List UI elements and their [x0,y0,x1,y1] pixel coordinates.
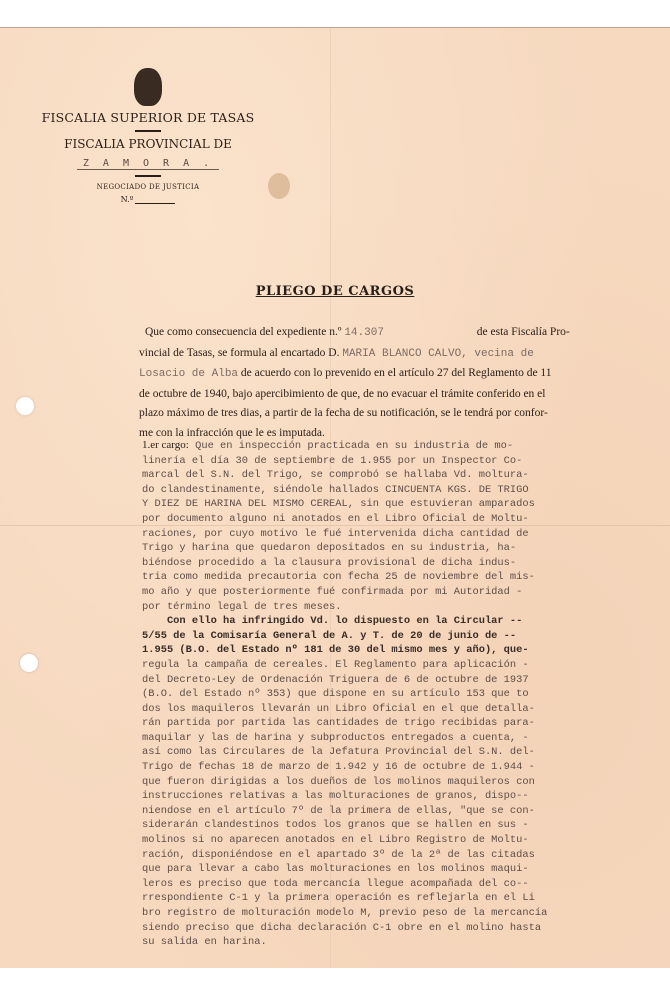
charge-line: Trigo y harina que quedaron depositados … [142,541,662,556]
intro-text: de acuerdo con lo prevenido en el artícu… [238,367,551,379]
encartado-name: MARIA BLANCO CALVO, vecina de [342,348,533,360]
charge-line: por documento alguno ni anotados en el L… [142,512,662,527]
charge-line: molinos si no aparecen anotados en el Li… [142,833,662,848]
charge-line: bro registro de molturación modelo M, pr… [142,906,662,921]
charge-line: que para llevar a cabo las molturaciones… [142,862,662,877]
expediente-number: 14.307 [344,327,384,339]
letterhead: FISCALIA SUPERIOR DE TASAS FISCALIA PROV… [38,68,258,204]
charge-line: do clandestinamente, siéndole hallados C… [142,483,662,498]
punch-hole [16,397,34,415]
charge-line: del Decreto-Ley de Ordenación Triguera d… [142,673,662,688]
charge-line: dos los maquileros llevarán un Libro Ofi… [142,702,662,717]
charge-line: 1.955 (B.O. del Estado nº 181 de 30 del … [142,643,662,658]
charge-line: que fueron dirigidas a los dueños de los… [142,775,662,790]
document-page: FISCALIA SUPERIOR DE TASAS FISCALIA PROV… [0,27,670,968]
charge-line: siderarán clandestinos todos los granos … [142,818,662,833]
letterhead-rule [135,130,161,132]
charge-line: así como las Circulares de la Jefatura P… [142,745,662,760]
charge-body: 1.er cargo: Que en inspección practicada… [142,438,662,950]
charge-line: raciones, por cuyo motivo le fué interve… [142,527,662,542]
intro-line: Que como consecuencia del expediente n.º… [145,323,635,344]
charge-line: leros es preciso que toda mercancía lleg… [142,877,662,892]
charge-line: marcal del S.N. del Trigo, se comprobó s… [142,468,662,483]
charge-line: Con ello ha infringido Vd. lo dispuesto … [142,614,662,629]
charge-line: linería el día 30 de septiembre de 1.955… [142,454,662,469]
intro-line: vincial de Tasas, se formula al encartad… [139,344,635,365]
document-title: PLIEGO DE CARGOS [0,284,670,299]
intro-paragraph: Que como consecuencia del expediente n.º… [145,323,635,443]
charge-line: rán partida por partida las cantidades d… [142,716,662,731]
charge-line: mo año y que posteriormente fué confirma… [142,585,662,600]
intro-text: vincial de Tasas, se formula al encartad… [139,347,342,359]
charge-line: rrespondiente C-1 y la primera operación… [142,891,662,906]
intro-line: plazo máximo de tres dias, a partir de l… [139,404,635,424]
letterhead-department: NEGOCIADO DE JUSTICIA [38,183,258,191]
charge-line: niendose en el artículo 7º de la primera… [142,804,662,819]
charge-line: ración, disponiéndose en el apartado 3º … [142,848,662,863]
coat-of-arms-icon [134,68,162,106]
letterhead-rule [135,175,161,177]
charge-line: Y DIEZ DE HARINA DEL MISMO CEREAL, sin q… [142,497,662,512]
letterhead-province: Z A M O R A . [77,158,219,170]
intro-line: de octubre de 1940, bajo apercibimiento … [139,385,635,405]
paper-stain [268,173,290,199]
intro-text: Que como consecuencia del expediente n.º [145,326,344,338]
charge-line: su salida en harina. [142,935,662,950]
title-text: PLIEGO DE CARGOS [256,284,415,299]
intro-line: Losacio de Alba de acuerdo con lo preven… [139,364,635,385]
charge-text: Que en inspección practicada en su indus… [195,440,513,452]
letterhead-number: N.º [38,195,258,204]
number-blank [135,203,175,204]
punch-hole [20,654,38,672]
charge-line: instrucciones relativas a las molturacio… [142,789,662,804]
charge-line: tria como medida precautoria con fecha 2… [142,570,662,585]
charge-line: 5/55 de la Comisaría General de A. y T. … [142,629,662,644]
localidad: Losacio de Alba [139,368,238,380]
charge-line: Trigo de fechas 18 de marzo de 1.942 y 1… [142,760,662,775]
charge-line: (B.O. del Estado nº 353) que dispone en … [142,687,662,702]
charge-line: siendo preciso que dicha declaración C-1… [142,921,662,936]
charge-line: biéndose procedido a la clausura provisi… [142,556,662,571]
intro-text: de esta Fiscalía Pro- [474,326,570,338]
charge-line: por término legal de tres meses. [142,600,662,615]
charge-line: 1.er cargo: Que en inspección practicada… [142,438,662,454]
charge-line: regula la campaña de cereales. El Reglam… [142,658,662,673]
letterhead-line2: FISCALIA PROVINCIAL DE [38,137,258,151]
charge-label: 1.er cargo: [142,439,189,451]
number-label: N.º [121,195,134,204]
letterhead-line1: FISCALIA SUPERIOR DE TASAS [38,110,258,125]
charge-line: maquilar y las de harina y subproductos … [142,731,662,746]
